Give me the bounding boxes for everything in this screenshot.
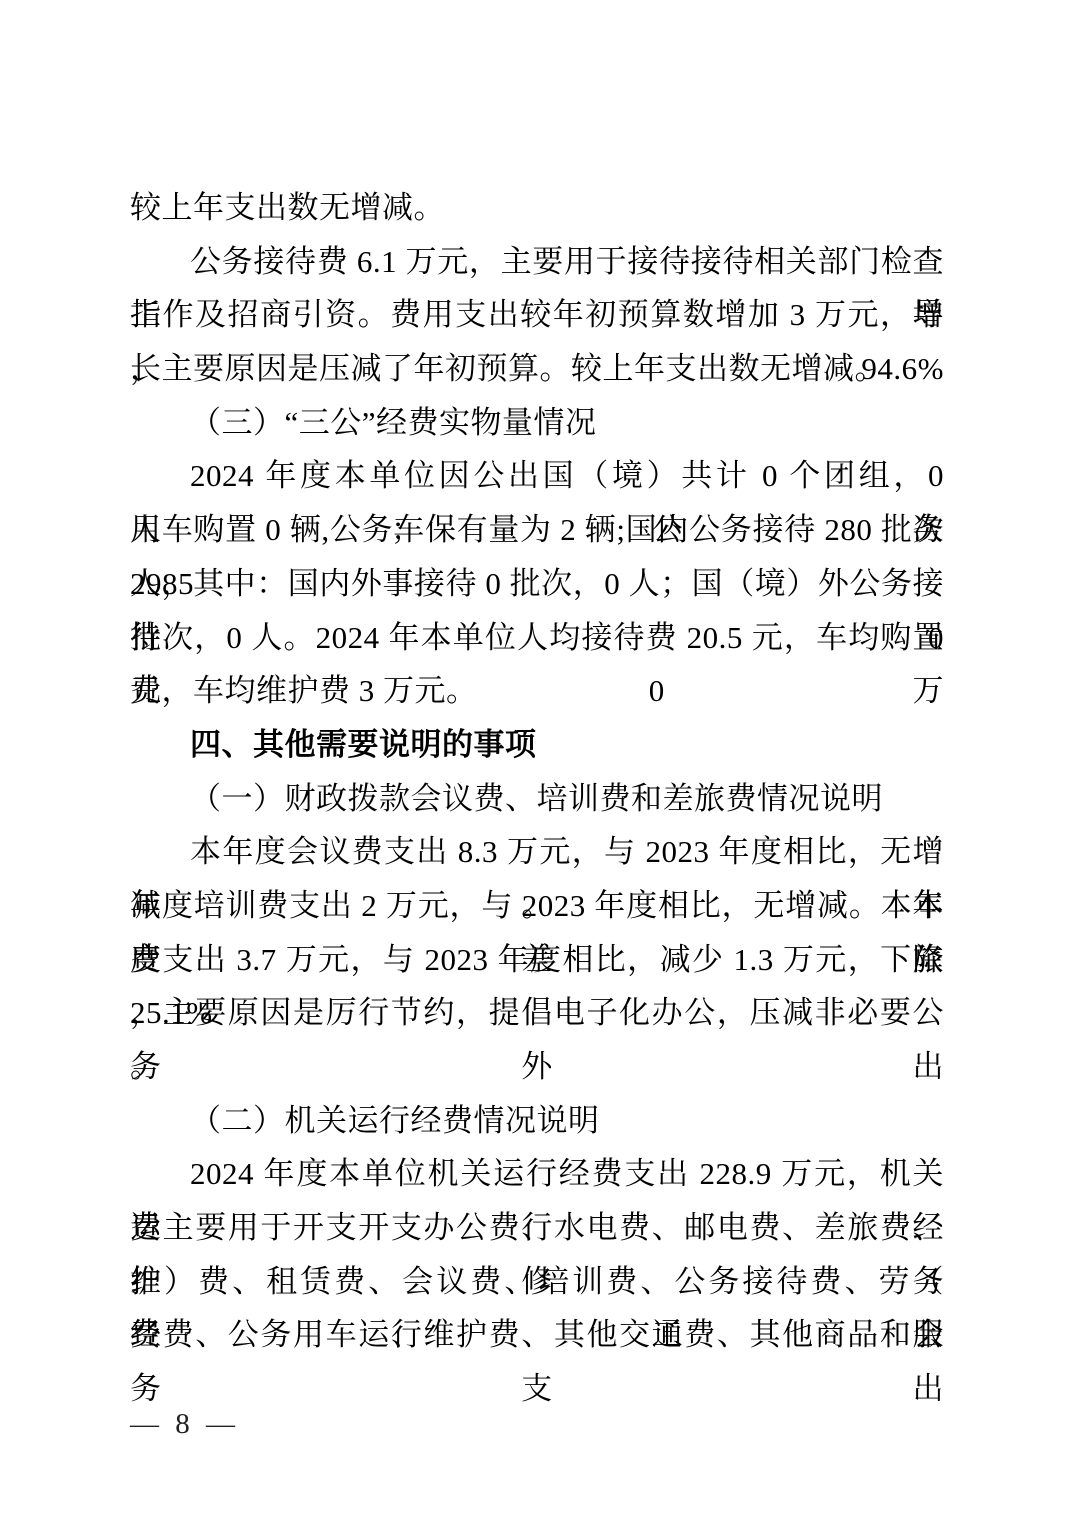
paragraph-line: 护）费、租赁费、会议费、培训费、公务接待费、劳务费、工会: [130, 1255, 944, 1309]
paragraph-line: 2024 年度本单位机关运行经费支出 228.9 万元，机关运行经: [130, 1147, 944, 1201]
paragraph-line: 工作及招商引资。费用支出较年初预算数增加 3 万元，增长 94.6%: [130, 288, 944, 342]
paragraph-line: 公务接待费 6.1 万元，主要用于接待接待相关部门检查指导: [130, 235, 944, 289]
paragraph-line: 经费、公务用车运行维护费、其他交通费、其他商品和服务支出: [130, 1308, 944, 1362]
paragraph-line: 年度培训费支出 2 万元，与 2023 年度相比，无增减。本年度差旅: [130, 879, 944, 933]
paragraph-line: 用车购置 0 辆,公务车保有量为 2 辆;国内公务接待 280 批次 2985: [130, 503, 944, 557]
paragraph-line: 费主要用于开支开支办公费、水电费、邮电费、差旅费、维修（: [130, 1201, 944, 1255]
paragraph-line: 批次，0 人。2024 年本单位人均接待费 20.5 元，车均购置费 0 万: [130, 611, 944, 665]
paragraph-line: 本年度会议费支出 8.3 万元，与 2023 年度相比，无增减。本: [130, 825, 944, 879]
page-number: — 8 —: [130, 1404, 235, 1444]
document-page: 较上年支出数无增减。 公务接待费 6.1 万元，主要用于接待接待相关部门检查指导…: [0, 0, 1075, 1520]
paragraph-line: 费支出 3.7 万元，与 2023 年度相比，减少 1.3 万元，下降 25.1…: [130, 933, 944, 987]
subsection-heading-two: （二）机关运行经费情况说明: [130, 1094, 944, 1148]
subsection-heading-three: （三）“三公”经费实物量情况: [130, 396, 944, 450]
document-body: 较上年支出数无增减。 公务接待费 6.1 万元，主要用于接待接待相关部门检查指导…: [130, 181, 944, 1362]
paragraph-line: 2024 年度本单位因公出国（境）共计 0 个团组，0 人；公务: [130, 449, 944, 503]
section-heading-four: 四、其他需要说明的事项: [130, 718, 944, 772]
subsection-heading-one: （一）财政拨款会议费、培训费和差旅费情况说明: [130, 772, 944, 826]
paragraph-line: 人，其中：国内外事接待 0 批次，0 人；国（境）外公务接待 0: [130, 557, 944, 611]
paragraph-line: ，主要原因是厉行节约，提倡电子化办公，压减非必要公务外出: [130, 986, 944, 1040]
paragraph-line: 较上年支出数无增减。: [130, 181, 944, 235]
paragraph-line: ，主要原因是压减了年初预算。较上年支出数无增减。: [130, 342, 944, 396]
